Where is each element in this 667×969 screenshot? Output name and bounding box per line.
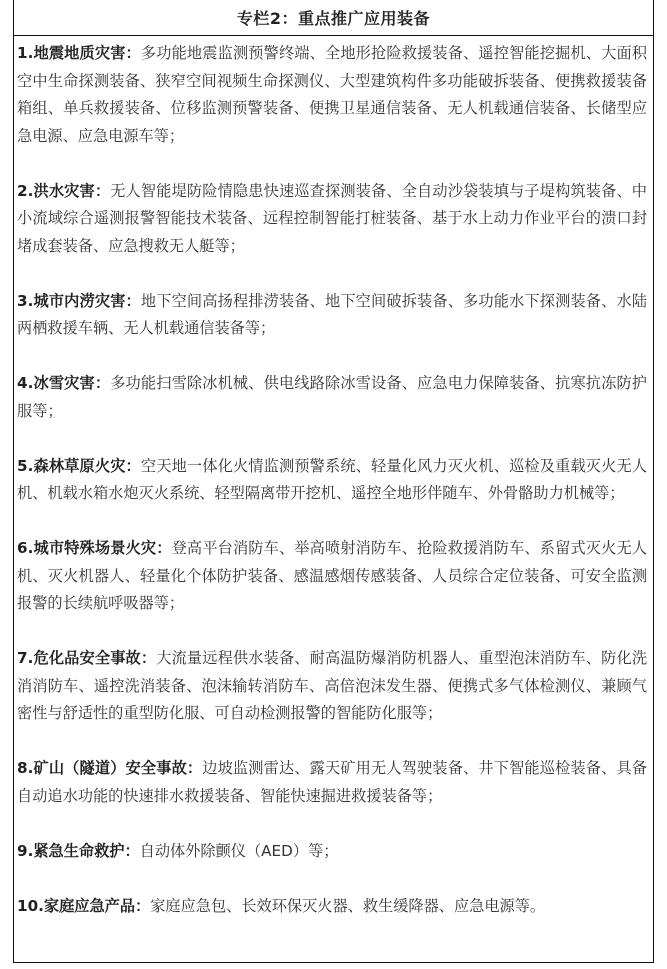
section-title: 7.危化品安全事故： xyxy=(17,649,156,667)
section-content: 家庭应急包、长效环保灭火器、救生缓降器、应急电源等。 xyxy=(150,897,545,915)
section-title: 2.洪水灾害： xyxy=(17,182,110,200)
section-title: 8.矿山（隧道）安全事故： xyxy=(17,759,202,777)
section-content: 多功能扫雪除冰机械、供电线路除冰雪设备、应急电力保障装备、抗寒抗冻防护服等； xyxy=(17,374,647,420)
section-title: 6.城市特殊场景火灾： xyxy=(17,539,172,557)
section-earthquake: 1.地震地质灾害：多功能地震监测预警终端、全地形抢险救援装备、遥控智能挖掘机、大… xyxy=(17,40,647,150)
section-title: 1.地震地质灾害： xyxy=(17,44,141,62)
section-title: 10.家庭应急产品： xyxy=(17,897,150,915)
box-title: 专栏2：重点推广应用装备 xyxy=(14,0,653,36)
section-mine-tunnel: 8.矿山（隧道）安全事故：边坡监测雷达、露天矿用无人驾驶装备、井下智能巡检装备、… xyxy=(17,755,647,810)
section-content: 无人智能堤防险情隐患快速巡查探测装备、全自动沙袋装填与子堤构筑装备、中小流域综合… xyxy=(17,182,647,255)
section-content: 自动体外除颤仪（AED）等； xyxy=(140,842,339,860)
section-title: 5.森林草原火灾： xyxy=(17,457,141,475)
section-forest-fire: 5.森林草原火灾：空天地一体化火情监测预警系统、轻量化风力灭火机、巡检及重载灭火… xyxy=(17,453,647,508)
section-urban-fire: 6.城市特殊场景火灾：登高平台消防车、举高喷射消防车、抢险救援消防车、系留式灭火… xyxy=(17,535,647,618)
feature-box: 专栏2：重点推广应用装备 1.地震地质灾害：多功能地震监测预警终端、全地形抢险救… xyxy=(13,0,654,963)
section-hazardous-chemicals: 7.危化品安全事故：大流量远程供水装备、耐高温防爆消防机器人、重型泡沫消防车、防… xyxy=(17,645,647,728)
section-title: 3.城市内涝灾害： xyxy=(17,292,141,310)
section-urban-waterlogging: 3.城市内涝灾害：地下空间高扬程排涝装备、地下空间破拆装备、多功能水下探测装备、… xyxy=(17,288,647,343)
section-ice-snow: 4.冰雪灾害：多功能扫雪除冰机械、供电线路除冰雪设备、应急电力保障装备、抗寒抗冻… xyxy=(17,370,647,425)
box-body: 1.地震地质灾害：多功能地震监测预警终端、全地形抢险救援装备、遥控智能挖掘机、大… xyxy=(14,36,653,920)
section-household-emergency: 10.家庭应急产品：家庭应急包、长效环保灭火器、救生缓降器、应急电源等。 xyxy=(17,893,647,921)
section-flood: 2.洪水灾害：无人智能堤防险情隐患快速巡查探测装备、全自动沙袋装填与子堤构筑装备… xyxy=(17,178,647,261)
section-emergency-life-rescue: 9.紧急生命救护：自动体外除颤仪（AED）等； xyxy=(17,838,647,866)
section-title: 4.冰雪灾害： xyxy=(17,374,110,392)
section-title: 9.紧急生命救护： xyxy=(17,842,140,860)
